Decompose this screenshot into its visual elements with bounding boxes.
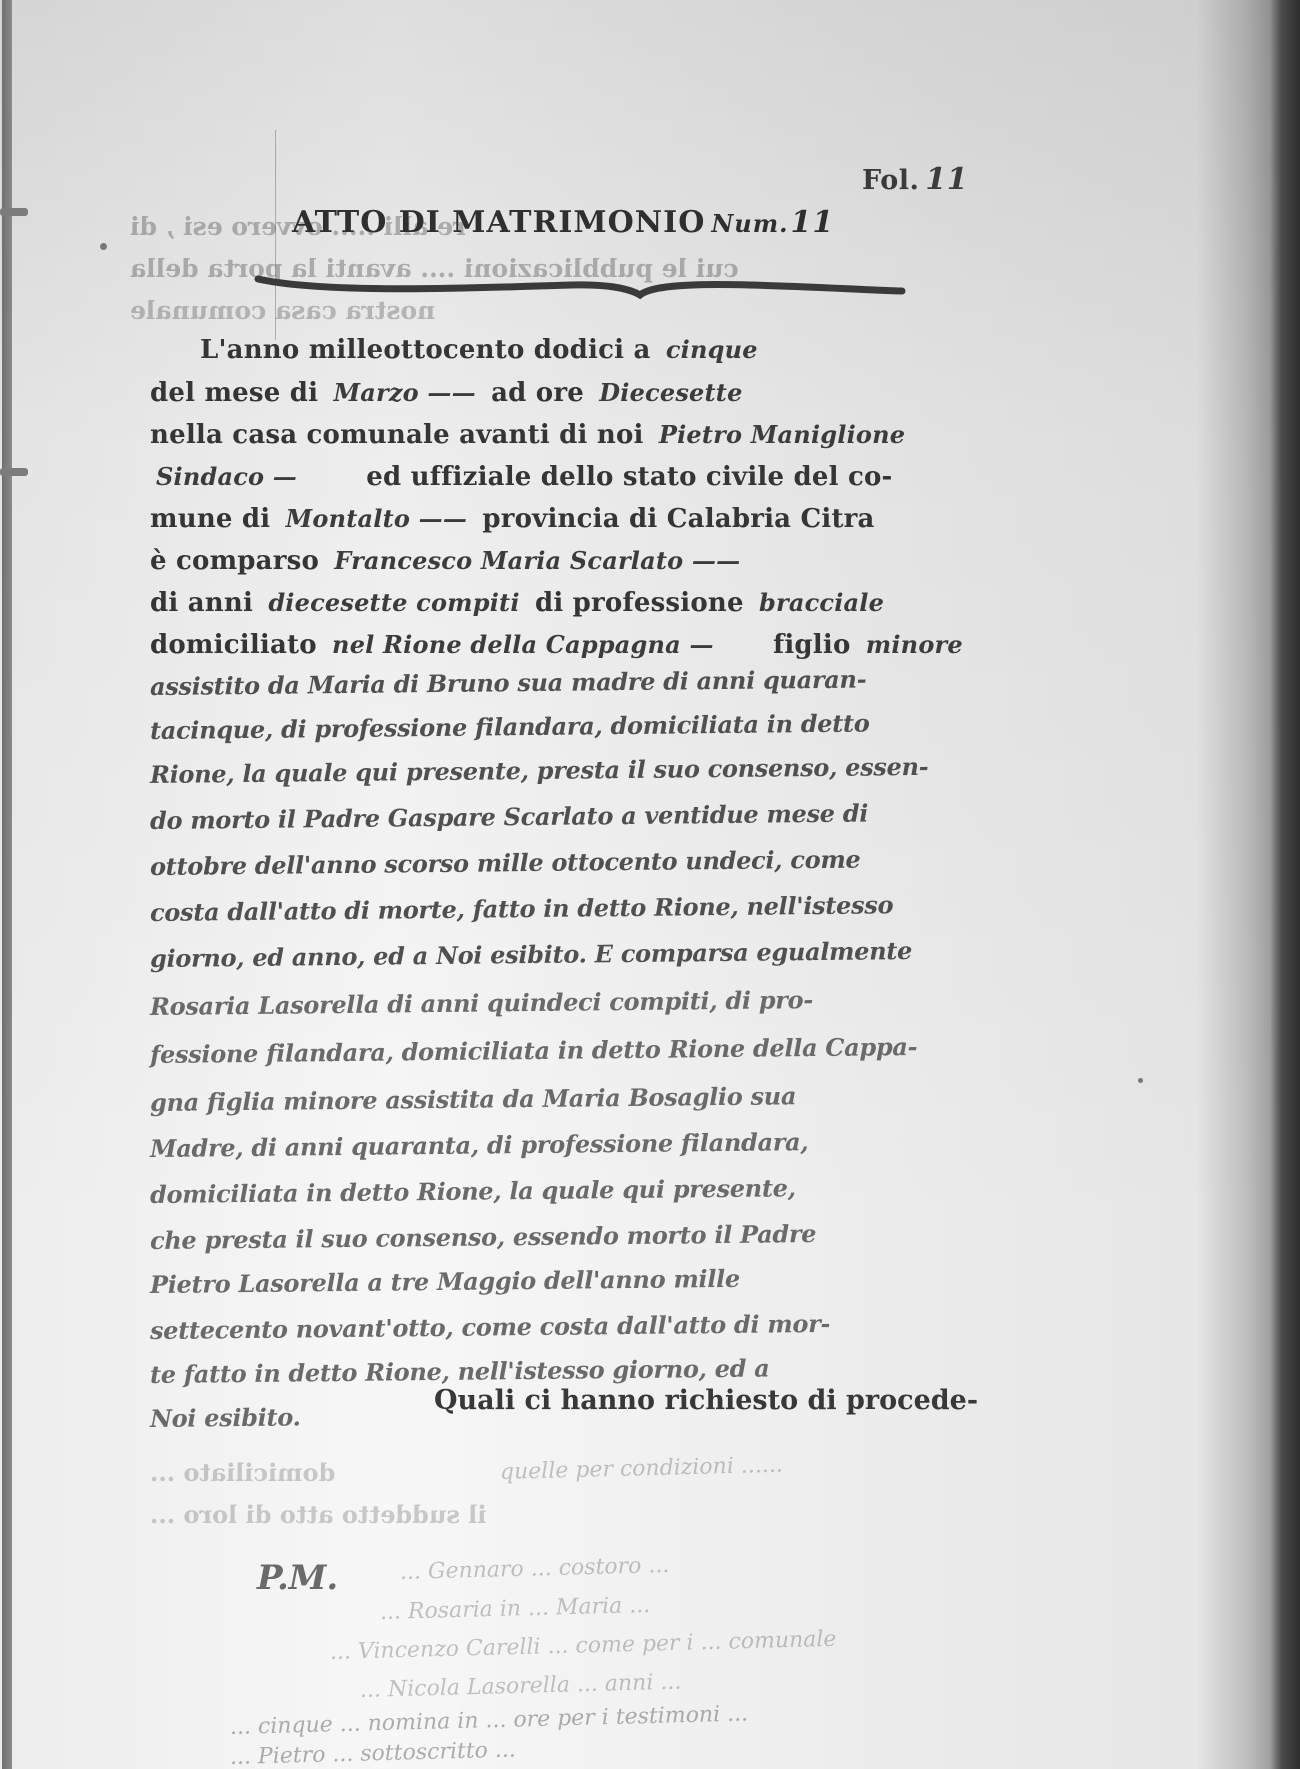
- handwritten-line: te fatto in detto Rione, nell'istesso gi…: [150, 1354, 770, 1389]
- faded-handwriting: ... Rosaria in ... Maria ...: [380, 1593, 651, 1625]
- faded-handwriting: ... Pietro ... sottoscritto ...: [230, 1738, 516, 1769]
- folio-label: Fol.: [862, 165, 919, 196]
- faded-handwriting: quelle per condizioni ......: [500, 1453, 783, 1485]
- handwritten-line: do morto il Padre Gaspare Scarlato a ven…: [150, 798, 868, 835]
- handwritten-line: gna figlia minore assistita da Maria Bos…: [150, 1081, 796, 1117]
- title-underline-flourish: [250, 265, 910, 305]
- bleed-through-text: domiciliato ...: [150, 1458, 335, 1487]
- binding-tick: [0, 468, 28, 476]
- handwritten-month: Marzo ——: [333, 378, 475, 407]
- handwritten-line: domiciliata in detto Rione, la quale qui…: [150, 1173, 796, 1209]
- handwritten-line: ottobre dell'anno scorso mille ottocento…: [150, 845, 861, 881]
- handwritten-day: cinque: [666, 335, 758, 364]
- right-page-edge-shadow: [1270, 0, 1300, 1769]
- faded-handwriting: ... cinque ... nomina in ... ore per i t…: [230, 1701, 749, 1740]
- ink-speck: [1138, 1078, 1143, 1083]
- handwritten-line: tacinque, di professione filandara, domi…: [150, 708, 870, 745]
- folio-number: Fol.11: [862, 162, 968, 197]
- title-text: ATTO DI MATRIMONIO: [292, 205, 705, 240]
- handwritten-official-title: Sindaco —: [156, 462, 297, 491]
- handwritten-line: giorno, ed anno, ed a Noi esibito. E com…: [150, 936, 912, 973]
- handwritten-minor: minore: [866, 630, 963, 659]
- handwritten-municipality: Montalto ——: [286, 504, 467, 533]
- bleed-through-text: il suddetto atto di loro ...: [150, 1500, 486, 1529]
- faded-handwriting: ... Nicola Lasorella ... anni ...: [360, 1670, 682, 1703]
- body-line-2: del mese di Marzo —— ad ore Diecesette: [150, 378, 749, 408]
- ink-speck: [100, 243, 107, 250]
- body-line-5: mune di Montalto —— provincia di Calabri…: [150, 504, 875, 534]
- marginal-initial-mark: P.M.: [257, 1558, 338, 1598]
- handwritten-groom-name: Francesco Maria Scarlato ——: [334, 546, 740, 575]
- record-number-value: 11: [791, 205, 835, 240]
- body-line-1: L'anno milleottocento dodici a cinque: [200, 335, 764, 365]
- handwritten-groom-residence: nel Rione della Cappagna —: [332, 630, 714, 659]
- body-line-3: nella casa comunale avanti di noi Pietro…: [150, 420, 911, 450]
- handwritten-line: Noi esibito.: [150, 1402, 301, 1433]
- handwritten-line: assistito da Maria di Bruno sua madre di…: [150, 664, 867, 700]
- faded-handwriting: ... Vincenzo Carelli ... come per i ... …: [330, 1627, 837, 1665]
- body-line-6: è comparso Francesco Maria Scarlato ——: [150, 546, 746, 576]
- handwritten-line: che presta il suo consenso, essendo mort…: [150, 1219, 817, 1255]
- document-title: ATTO DI MATRIMONIONum.11: [292, 205, 834, 240]
- handwritten-groom-profession: bracciale: [759, 588, 884, 617]
- scanned-document-page: Fol.11 re alli ..... ovvero esi , di cui…: [0, 0, 1300, 1769]
- handwritten-official-name: Pietro Maniglione: [659, 420, 905, 449]
- handwritten-line: fessione filandara, domiciliata in detto…: [150, 1032, 918, 1069]
- handwritten-line: Rosaria Lasorella di anni quindeci compi…: [150, 985, 813, 1021]
- handwritten-line: Rione, la quale qui presente, presta il …: [150, 752, 929, 789]
- handwritten-hour: Diecesette: [599, 378, 742, 407]
- handwritten-line: Pietro Lasorella a tre Maggio dell'anno …: [150, 1264, 740, 1299]
- handwritten-line: Madre, di anni quaranta, di professione …: [150, 1127, 809, 1163]
- folio-value: 11: [925, 162, 968, 197]
- closing-printed-line: Quali ci hanno richiesto di procede-: [434, 1385, 978, 1416]
- body-line-8: domiciliato nel Rione della Cappagna — f…: [150, 630, 969, 660]
- body-line-7: di anni diecesette compiti di profession…: [150, 588, 890, 618]
- handwritten-line: costa dall'atto di morte, fatto in detto…: [150, 890, 893, 927]
- handwritten-groom-age: diecesette compiti: [268, 588, 519, 617]
- binding-tick: [0, 208, 28, 216]
- record-number-label: Num.: [711, 209, 788, 238]
- left-binding-edge: [2, 0, 12, 1769]
- handwritten-line: settecento novant'otto, come costa dall'…: [150, 1309, 830, 1345]
- body-line-4: Sindaco — ed uffiziale dello stato civil…: [150, 462, 893, 492]
- faded-handwriting: ... Gennaro ... costoro ...: [400, 1553, 670, 1585]
